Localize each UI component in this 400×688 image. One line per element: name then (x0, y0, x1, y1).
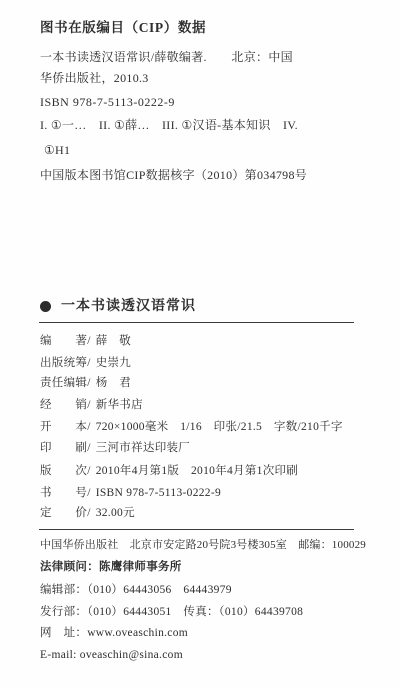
row-label: 责任编辑/ (40, 377, 91, 389)
website: 网 址：www.oveaschin.com (40, 626, 370, 641)
book-title: 一本书读透汉语常识 (61, 299, 196, 314)
book-title-row: 一本书读透汉语常识 (40, 299, 370, 314)
row-label: 印 刷/ (40, 442, 91, 454)
row-label: 书 号/ (40, 487, 91, 499)
colophon-row-publishing-coordinator: 出版统筹/史崇九 (40, 356, 370, 371)
divider-bottom (39, 529, 354, 530)
row-label: 经 销/ (40, 399, 91, 411)
distribution-dept-phone: 发行部：（010）64443051 传真：（010）64439708 (40, 605, 370, 620)
colophon-row-edition: 版 次/2010年4月第1版 2010年4月第1次印刷 (40, 464, 370, 479)
cip-entry-line2: 华侨出版社，2010.3 (40, 71, 370, 86)
colophon-row-isbn: 书 号/ISBN 978-7-5113-0222-9 (40, 486, 370, 501)
row-value: 32.00元 (96, 507, 135, 519)
row-value: 三河市祥达印装厂 (96, 442, 190, 454)
divider-top (39, 322, 354, 323)
row-value: 杨 君 (96, 377, 131, 389)
colophon-row-responsible-editor: 责任编辑/杨 君 (40, 376, 370, 391)
colophon-row-format: 开 本/720×1000毫米 1/16 印张/21.5 字数/210千字 (40, 420, 370, 435)
row-value: 720×1000毫米 1/16 印张/21.5 字数/210千字 (96, 421, 343, 433)
publisher-address: 中国华侨出版社 北京市安定路20号院3号楼305室 邮编：100029 (40, 538, 370, 553)
row-label: 定 价/ (40, 507, 91, 519)
row-value: 薛 敬 (96, 335, 131, 347)
colophon-row-author: 编 著/薛 敬 (40, 334, 370, 349)
row-value: 2010年4月第1版 2010年4月第1次印刷 (96, 465, 298, 477)
book-copyright-page: 图书在版编目（CIP）数据 一本书读透汉语常识/薛敬编著. 北京：中国 华侨出版… (0, 0, 400, 688)
row-label: 开 本/ (40, 421, 91, 433)
row-label: 编 著/ (40, 335, 91, 347)
legal-advisor: 法律顾问：陈鹰律师事务所 (40, 560, 370, 575)
cip-entry-line1: 一本书读透汉语常识/薛敬编著. 北京：中国 (40, 50, 370, 65)
cip-record-number: 中国版本图书馆CIP数据核字（2010）第034798号 (40, 168, 370, 183)
row-value: ISBN 978-7-5113-0222-9 (96, 487, 221, 499)
cip-isbn: ISBN 978-7-5113-0222-9 (40, 95, 370, 110)
bullet-icon (40, 301, 51, 312)
colophon-row-printer: 印 刷/三河市祥达印装厂 (40, 441, 370, 456)
row-value: 史崇九 (96, 357, 131, 369)
row-label: 出版统筹/ (40, 357, 91, 369)
row-label: 版 次/ (40, 465, 91, 477)
cip-classification: I. ①一… II. ①薛… III. ①汉语-基本知识 IV. (40, 118, 370, 133)
cip-classification-continued: ①H1 (44, 143, 370, 158)
editorial-dept-phone: 编辑部：（010）64443056 64443979 (40, 583, 370, 598)
email: E-mail: oveaschin@sina.com (40, 648, 370, 663)
colophon-row-price: 定 价/32.00元 (40, 506, 370, 521)
cip-heading: 图书在版编目（CIP）数据 (40, 20, 370, 35)
row-value: 新华书店 (96, 399, 143, 411)
colophon-row-distribution: 经 销/新华书店 (40, 398, 370, 413)
